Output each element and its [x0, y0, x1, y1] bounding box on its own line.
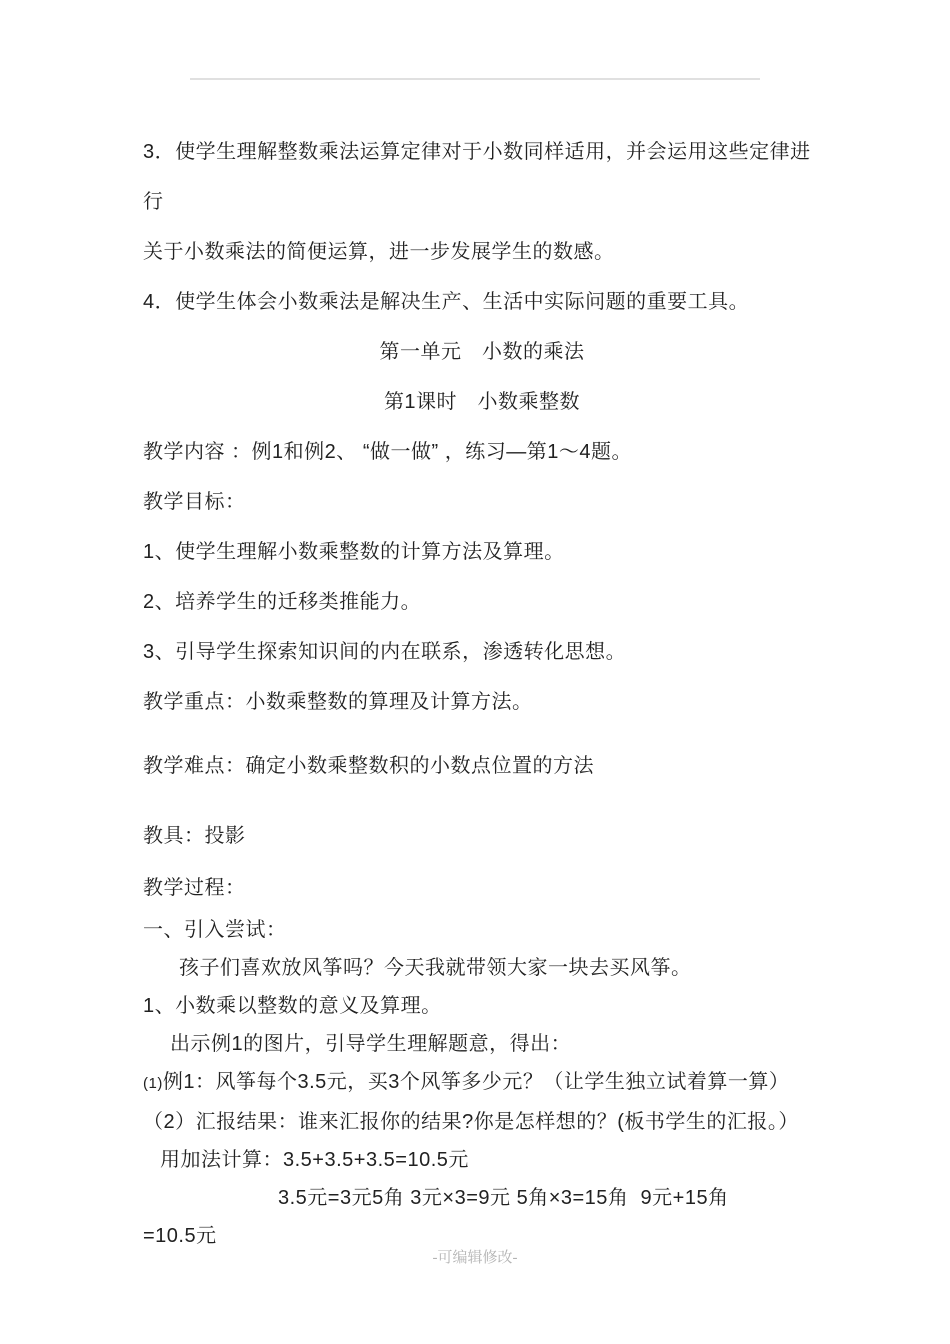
page-footer-watermark: -可编辑修改-	[0, 1248, 950, 1268]
objective-item-3: 3．使学生理解整数乘法运算定律对于小数同样适用，并会运用这些定律进行关于小数乘法…	[143, 127, 821, 277]
section-1-title: 一、引入尝试：	[143, 911, 821, 949]
conversion-line: 3.5元=3元5角 3元×3=9元 5角×3=15角 9元+15角	[143, 1179, 821, 1217]
teaching-difficulty: 教学难点：确定小数乘整数积的小数点位置的方法	[143, 741, 821, 791]
teaching-content-line: 教学内容 ：例1和例2、 “做一做” ，练习—第1～4题。	[143, 427, 821, 477]
lesson-title: 第1课时 小数乘整数	[143, 377, 821, 427]
example-1-text: 例1：风筝每个3.5元，买3个风筝多少元？（让学生独立试着算一算）	[163, 1071, 790, 1093]
example-1-line: (1)例1：风筝每个3.5元，买3个风筝多少元？（让学生独立试着算一算）	[143, 1063, 821, 1103]
teaching-process-label: 教学过程：	[143, 869, 821, 907]
header-divider-line	[190, 78, 760, 80]
step-1-title: 1、小数乘以整数的意义及算理。	[143, 987, 821, 1025]
report-result-line: （2）汇报结果：谁来汇报你的结果?你是怎样想的？(板书学生的汇报。）	[143, 1103, 821, 1141]
teaching-aids: 教具：投影	[143, 811, 821, 861]
objective-3-line-1: 3．使学生理解整数乘法运算定律对于小数同样适用，并会运用这些定律进行	[143, 141, 811, 213]
objective-item-4: 4．使学生体会小数乘法是解决生产、生活中实际问题的重要工具。	[143, 277, 821, 327]
unit-title: 第一单元 小数的乘法	[143, 327, 821, 377]
goal-item-2: 2、培养学生的迁移类推能力。	[143, 577, 821, 627]
lead-in-question: 孩子们喜欢放风筝吗？今天我就带领大家一块去买风筝。	[143, 949, 821, 987]
step-1-intro: 出示例1的图片，引导学生理解题意，得出：	[143, 1025, 821, 1063]
goal-item-1: 1、使学生理解小数乘整数的计算方法及算理。	[143, 527, 821, 577]
document-body: 3．使学生理解整数乘法运算定律对于小数同样适用，并会运用这些定律进行关于小数乘法…	[143, 127, 821, 1255]
goal-item-3: 3、引导学生探索知识间的内在联系，渗透转化思想。	[143, 627, 821, 677]
objective-3-line-2: 关于小数乘法的简便运算，进一步发展学生的数感。	[143, 241, 615, 263]
document-page: 3．使学生理解整数乘法运算定律对于小数同样适用，并会运用这些定律进行关于小数乘法…	[0, 0, 950, 1344]
example-1-marker: (1)	[143, 1075, 163, 1092]
addition-method-line: 用加法计算：3.5+3.5+3.5=10.5元	[143, 1141, 821, 1179]
teaching-key-point: 教学重点：小数乘整数的算理及计算方法。	[143, 677, 821, 727]
teaching-goals-label: 教学目标：	[143, 477, 821, 527]
